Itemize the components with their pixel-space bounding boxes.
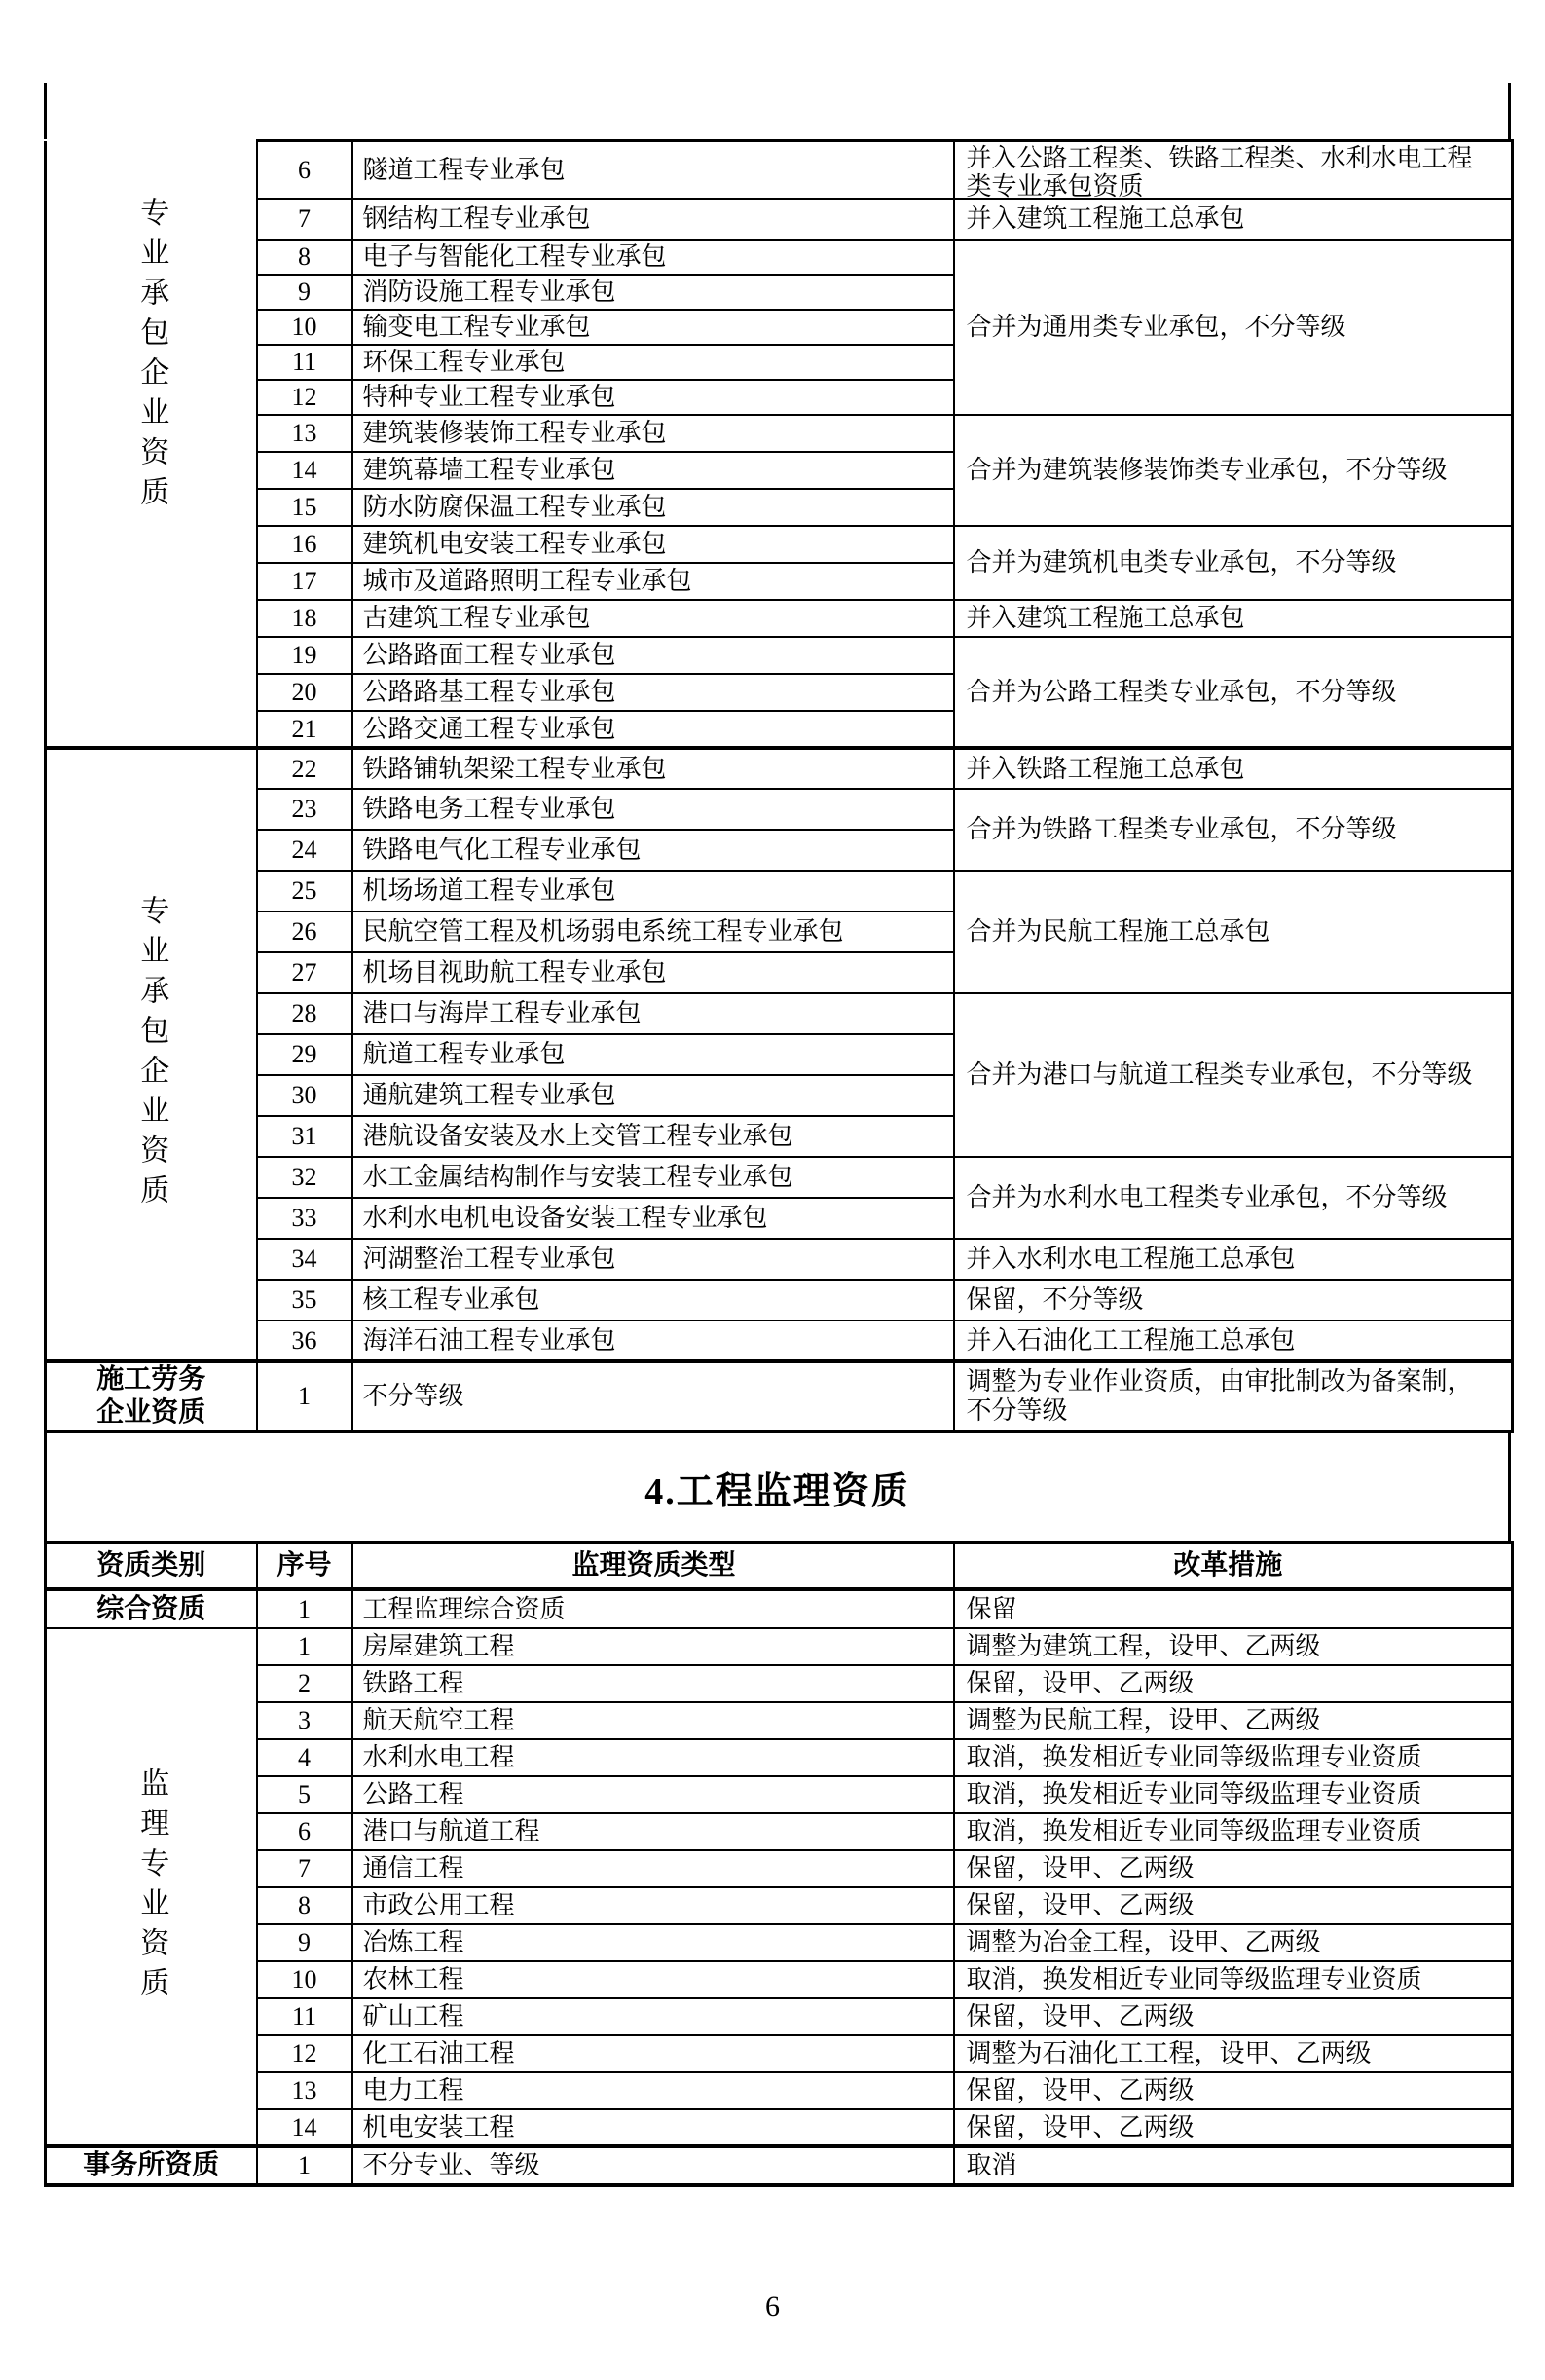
seq-cell: 12	[257, 380, 352, 415]
type-cell: 航道工程专业承包	[352, 1034, 954, 1075]
seq-cell: 1	[257, 1589, 352, 1628]
seq-cell: 5	[257, 1776, 352, 1813]
table-row: 4 水利水电工程 取消，换发相近专业同等级监理专业资质	[46, 1739, 1513, 1776]
measure-cell: 保留，设甲、乙两级	[954, 2109, 1513, 2146]
measure-cell: 调整为建筑工程，设甲、乙两级	[954, 1628, 1513, 1665]
measure-cell: 取消，换发相近专业同等级监理专业资质	[954, 1813, 1513, 1850]
measure-cell: 保留	[954, 1589, 1513, 1628]
seq-cell: 23	[257, 789, 352, 830]
table-row: 7 钢结构工程专业承包 并入建筑工程施工总承包	[46, 199, 1513, 240]
measure-cell: 并入铁路工程施工总承包	[954, 748, 1513, 789]
category-cell-block1: 专业承包企业资质	[46, 141, 257, 749]
seq-cell: 6	[257, 1813, 352, 1850]
seq-cell: 1	[257, 1628, 352, 1665]
table-row: 10 农林工程 取消，换发相近专业同等级监理专业资质	[46, 1961, 1513, 1998]
seq-cell: 17	[257, 563, 352, 600]
type-cell: 电力工程	[352, 2072, 954, 2109]
measure-cell-merged: 合并为建筑装修装饰类专业承包，不分等级	[954, 415, 1513, 526]
page-number: 6	[0, 2290, 1545, 2324]
measure-cell: 并入公路工程类、铁路工程类、水利水电工程类专业承包资质	[954, 141, 1513, 200]
table-continuation-gap	[44, 83, 1511, 139]
measure-cell: 取消，换发相近专业同等级监理专业资质	[954, 1961, 1513, 1998]
type-cell: 不分专业、等级	[352, 2146, 954, 2185]
type-cell: 铁路铺轨架梁工程专业承包	[352, 748, 954, 789]
measure-text-clipped: 并入公路工程类、铁路工程类、水利水电工程类专业承包资质	[967, 142, 1490, 198]
measure-cell: 并入石油化工工程施工总承包	[954, 1320, 1513, 1361]
seq-cell: 20	[257, 674, 352, 711]
seq-cell: 4	[257, 1739, 352, 1776]
table-row: 19 公路路面工程专业承包 合并为公路工程类专业承包，不分等级	[46, 637, 1513, 674]
seq-cell: 25	[257, 871, 352, 911]
type-cell: 市政公用工程	[352, 1887, 954, 1924]
type-cell: 公路路面工程专业承包	[352, 637, 954, 674]
page-content: 专业承包企业资质 6 隧道工程专业承包 并入公路工程类、铁路工程类、水利水电工程…	[44, 83, 1511, 2187]
seq-cell: 28	[257, 993, 352, 1034]
seq-cell: 9	[257, 1924, 352, 1961]
seq-cell: 8	[257, 1887, 352, 1924]
category-cell-block2: 专业承包企业资质	[46, 748, 257, 1361]
table-row: 25 机场场道工程专业承包 合并为民航工程施工总承包	[46, 871, 1513, 911]
measure-cell-merged: 合并为公路工程类专业承包，不分等级	[954, 637, 1513, 748]
measure-cell: 调整为石油化工工程，设甲、乙两级	[954, 2035, 1513, 2072]
seq-cell: 11	[257, 345, 352, 380]
measure-cell: 调整为民航工程，设甲、乙两级	[954, 1702, 1513, 1739]
type-cell: 通信工程	[352, 1850, 954, 1887]
seq-cell: 12	[257, 2035, 352, 2072]
seq-cell: 29	[257, 1034, 352, 1075]
type-cell: 铁路电务工程专业承包	[352, 789, 954, 830]
table-row: 5 公路工程 取消，换发相近专业同等级监理专业资质	[46, 1776, 1513, 1813]
type-cell: 公路工程	[352, 1776, 954, 1813]
category-label: 专业承包企业资质	[136, 895, 166, 1214]
type-cell: 水利水电机电设备安装工程专业承包	[352, 1198, 954, 1239]
seq-cell: 3	[257, 1702, 352, 1739]
type-cell: 防水防腐保温工程专业承包	[352, 489, 954, 526]
measure-cell: 并入水利水电工程施工总承包	[954, 1239, 1513, 1280]
comprehensive-qualification-row: 综合资质 1 工程监理综合资质 保留	[46, 1589, 1513, 1628]
seq-cell: 21	[257, 711, 352, 748]
seq-cell: 30	[257, 1075, 352, 1116]
seq-cell: 2	[257, 1665, 352, 1702]
measure-cell: 保留，不分等级	[954, 1280, 1513, 1320]
category-label: 监理专业资质	[136, 1767, 166, 2007]
type-cell: 港口与航道工程	[352, 1813, 954, 1850]
type-cell: 水利水电工程	[352, 1739, 954, 1776]
table-row: 11 矿山工程 保留，设甲、乙两级	[46, 1998, 1513, 2035]
category-label: 施工劳务企业资质	[92, 1363, 209, 1430]
table-row: 36 海洋石油工程专业承包 并入石油化工工程施工总承包	[46, 1320, 1513, 1361]
type-cell: 核工程专业承包	[352, 1280, 954, 1320]
type-cell: 不分等级	[352, 1361, 954, 1432]
header-category: 资质类别	[46, 1543, 257, 1589]
type-cell: 古建筑工程专业承包	[352, 600, 954, 637]
table-row: 2 铁路工程 保留，设甲、乙两级	[46, 1665, 1513, 1702]
measure-cell: 取消，换发相近专业同等级监理专业资质	[954, 1739, 1513, 1776]
category-cell-comprehensive: 综合资质	[46, 1589, 257, 1628]
type-cell: 机场目视助航工程专业承包	[352, 952, 954, 993]
type-cell: 冶炼工程	[352, 1924, 954, 1961]
seq-cell: 31	[257, 1116, 352, 1157]
table-row: 监理专业资质 1 房屋建筑工程 调整为建筑工程，设甲、乙两级	[46, 1628, 1513, 1665]
type-cell: 公路交通工程专业承包	[352, 711, 954, 748]
type-cell: 建筑机电安装工程专业承包	[352, 526, 954, 563]
type-cell: 房屋建筑工程	[352, 1628, 954, 1665]
measure-cell: 并入建筑工程施工总承包	[954, 199, 1513, 240]
category-label: 专业承包企业资质	[136, 197, 166, 516]
table-row: 专业承包企业资质 6 隧道工程专业承包 并入公路工程类、铁路工程类、水利水电工程…	[46, 141, 1513, 200]
measure-cell-merged: 合并为通用类专业承包，不分等级	[954, 240, 1513, 415]
table-row: 3 航天航空工程 调整为民航工程，设甲、乙两级	[46, 1702, 1513, 1739]
seq-cell: 13	[257, 2072, 352, 2109]
seq-cell: 6	[257, 141, 352, 200]
section-title-band: 4.工程监理资质	[44, 1433, 1511, 1541]
type-cell: 铁路工程	[352, 1665, 954, 1702]
labor-qualification-row: 施工劳务企业资质 1 不分等级 调整为专业作业资质，由审批制改为备案制，不分等级	[46, 1361, 1513, 1432]
measure-cell-merged: 合并为铁路工程类专业承包，不分等级	[954, 789, 1513, 871]
seq-cell: 22	[257, 748, 352, 789]
type-cell: 城市及道路照明工程专业承包	[352, 563, 954, 600]
contracting-qualification-table: 专业承包企业资质 6 隧道工程专业承包 并入公路工程类、铁路工程类、水利水电工程…	[44, 139, 1514, 1433]
table-row: 28 港口与海岸工程专业承包 合并为港口与航道工程类专业承包，不分等级	[46, 993, 1513, 1034]
table-row: 16 建筑机电安装工程专业承包 合并为建筑机电类专业承包，不分等级	[46, 526, 1513, 563]
type-cell: 隧道工程专业承包	[352, 141, 954, 200]
category-label: 综合资质	[47, 1595, 256, 1624]
type-cell: 航天航空工程	[352, 1702, 954, 1739]
type-cell: 港口与海岸工程专业承包	[352, 993, 954, 1034]
seq-cell: 19	[257, 637, 352, 674]
type-cell: 河湖整治工程专业承包	[352, 1239, 954, 1280]
seq-cell: 26	[257, 911, 352, 952]
table-row: 18 古建筑工程专业承包 并入建筑工程施工总承包	[46, 600, 1513, 637]
type-cell: 化工石油工程	[352, 2035, 954, 2072]
table-row: 13 电力工程 保留，设甲、乙两级	[46, 2072, 1513, 2109]
category-cell-specialty: 监理专业资质	[46, 1628, 257, 2146]
type-cell: 建筑装修装饰工程专业承包	[352, 415, 954, 452]
header-measure: 改革措施	[954, 1543, 1513, 1589]
header-seq: 序号	[257, 1543, 352, 1589]
table-row: 8 电子与智能化工程专业承包 合并为通用类专业承包，不分等级	[46, 240, 1513, 275]
type-cell: 电子与智能化工程专业承包	[352, 240, 954, 275]
measure-cell: 保留，设甲、乙两级	[954, 1665, 1513, 1702]
seq-cell: 8	[257, 240, 352, 275]
measure-cell: 调整为专业作业资质，由审批制改为备案制，不分等级	[954, 1361, 1513, 1432]
table-row: 9 冶炼工程 调整为冶金工程，设甲、乙两级	[46, 1924, 1513, 1961]
supervision-qualification-table: 资质类别 序号 监理资质类型 改革措施 综合资质 1 工程监理综合资质 保留 监…	[44, 1541, 1514, 2187]
table-row: 8 市政公用工程 保留，设甲、乙两级	[46, 1887, 1513, 1924]
seq-cell: 32	[257, 1157, 352, 1198]
table-row: 12 化工石油工程 调整为石油化工工程，设甲、乙两级	[46, 2035, 1513, 2072]
seq-cell: 35	[257, 1280, 352, 1320]
measure-cell-merged: 合并为水利水电工程类专业承包，不分等级	[954, 1157, 1513, 1239]
type-cell: 工程监理综合资质	[352, 1589, 954, 1628]
table-row: 7 通信工程 保留，设甲、乙两级	[46, 1850, 1513, 1887]
type-cell: 港航设备安装及水上交管工程专业承包	[352, 1116, 954, 1157]
measure-cell: 保留，设甲、乙两级	[954, 1998, 1513, 2035]
measure-cell-merged: 合并为民航工程施工总承包	[954, 871, 1513, 993]
seq-cell: 16	[257, 526, 352, 563]
type-cell: 公路路基工程专业承包	[352, 674, 954, 711]
seq-cell: 18	[257, 600, 352, 637]
type-cell: 消防设施工程专业承包	[352, 275, 954, 310]
category-cell-office: 事务所资质	[46, 2146, 257, 2185]
type-cell: 特种专业工程专业承包	[352, 380, 954, 415]
type-cell: 通航建筑工程专业承包	[352, 1075, 954, 1116]
type-cell: 铁路电气化工程专业承包	[352, 830, 954, 871]
table-row: 专业承包企业资质 22 铁路铺轨架梁工程专业承包 并入铁路工程施工总承包	[46, 748, 1513, 789]
measure-cell: 保留，设甲、乙两级	[954, 2072, 1513, 2109]
type-cell: 输变电工程专业承包	[352, 310, 954, 345]
seq-cell: 24	[257, 830, 352, 871]
category-label: 事务所资质	[47, 2151, 256, 2180]
type-cell: 民航空管工程及机场弱电系统工程专业承包	[352, 911, 954, 952]
type-cell: 环保工程专业承包	[352, 345, 954, 380]
seq-cell: 10	[257, 1961, 352, 1998]
seq-cell: 7	[257, 1850, 352, 1887]
seq-cell: 1	[257, 1361, 352, 1432]
seq-cell: 11	[257, 1998, 352, 2035]
type-cell: 机电安装工程	[352, 2109, 954, 2146]
type-cell: 矿山工程	[352, 1998, 954, 2035]
type-cell: 海洋石油工程专业承包	[352, 1320, 954, 1361]
seq-cell: 14	[257, 2109, 352, 2146]
seq-cell: 9	[257, 275, 352, 310]
measure-cell: 并入建筑工程施工总承包	[954, 600, 1513, 637]
measure-cell: 保留，设甲、乙两级	[954, 1887, 1513, 1924]
table-row: 34 河湖整治工程专业承包 并入水利水电工程施工总承包	[46, 1239, 1513, 1280]
type-cell: 建筑幕墙工程专业承包	[352, 452, 954, 489]
seq-cell: 15	[257, 489, 352, 526]
table-row: 6 港口与航道工程 取消，换发相近专业同等级监理专业资质	[46, 1813, 1513, 1850]
table-row: 14 机电安装工程 保留，设甲、乙两级	[46, 2109, 1513, 2146]
section-title: 4.工程监理资质	[644, 1461, 910, 1514]
table-row: 23 铁路电务工程专业承包 合并为铁路工程类专业承包，不分等级	[46, 789, 1513, 830]
seq-cell: 27	[257, 952, 352, 993]
measure-cell-merged: 合并为港口与航道工程类专业承包，不分等级	[954, 993, 1513, 1157]
seq-cell: 7	[257, 199, 352, 240]
table-header-row: 资质类别 序号 监理资质类型 改革措施	[46, 1543, 1513, 1589]
type-cell: 农林工程	[352, 1961, 954, 1998]
seq-cell: 10	[257, 310, 352, 345]
seq-cell: 1	[257, 2146, 352, 2185]
measure-cell: 取消	[954, 2146, 1513, 2185]
measure-cell-merged: 合并为建筑机电类专业承包，不分等级	[954, 526, 1513, 600]
office-qualification-row: 事务所资质 1 不分专业、等级 取消	[46, 2146, 1513, 2185]
type-cell: 钢结构工程专业承包	[352, 199, 954, 240]
table-row: 35 核工程专业承包 保留，不分等级	[46, 1280, 1513, 1320]
type-cell: 水工金属结构制作与安装工程专业承包	[352, 1157, 954, 1198]
table-row: 32 水工金属结构制作与安装工程专业承包 合并为水利水电工程类专业承包，不分等级	[46, 1157, 1513, 1198]
seq-cell: 36	[257, 1320, 352, 1361]
measure-cell: 保留，设甲、乙两级	[954, 1850, 1513, 1887]
category-cell-labor: 施工劳务企业资质	[46, 1361, 257, 1432]
seq-cell: 14	[257, 452, 352, 489]
type-cell: 机场场道工程专业承包	[352, 871, 954, 911]
measure-cell: 取消，换发相近专业同等级监理专业资质	[954, 1776, 1513, 1813]
seq-cell: 33	[257, 1198, 352, 1239]
seq-cell: 34	[257, 1239, 352, 1280]
measure-cell: 调整为冶金工程，设甲、乙两级	[954, 1924, 1513, 1961]
header-type: 监理资质类型	[352, 1543, 954, 1589]
seq-cell: 13	[257, 415, 352, 452]
document-page: 专业承包企业资质 6 隧道工程专业承包 并入公路工程类、铁路工程类、水利水电工程…	[0, 0, 1545, 2380]
table-row: 13 建筑装修装饰工程专业承包 合并为建筑装修装饰类专业承包，不分等级	[46, 415, 1513, 452]
